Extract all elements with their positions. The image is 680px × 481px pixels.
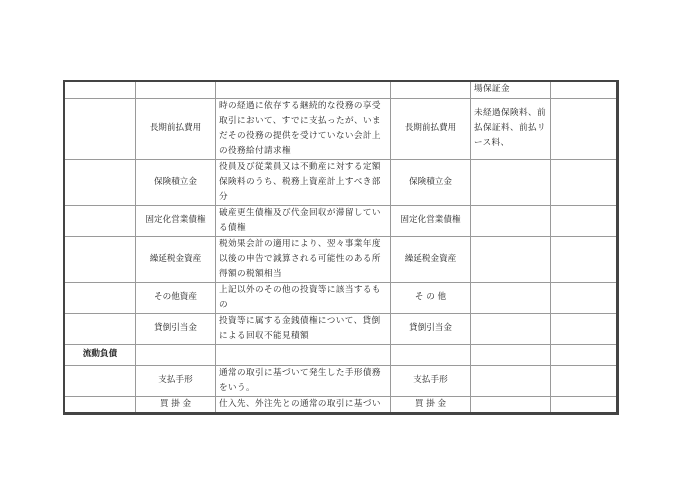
category-cell xyxy=(64,282,136,313)
category-cell xyxy=(64,98,136,159)
account-definitions-table: 場保証金 長期前払費用 時の経過に依存する継続的な役務の享受取引において、すでに… xyxy=(63,80,619,415)
table-row: 繰延税金資産 税効果会計の適用により、翌々事業年度以後の申告で減算される可能性の… xyxy=(64,236,618,282)
notes-cell xyxy=(551,396,618,413)
description-cell xyxy=(216,344,391,365)
examples-cell xyxy=(471,344,551,365)
item-cell xyxy=(136,344,216,365)
description-cell: 仕入先、外注先との通常の取引に基づい xyxy=(216,396,391,413)
description-cell: 時の経過に依存する継続的な役務の享受取引において、すでに支払ったが、いまだその役… xyxy=(216,98,391,159)
notes-cell xyxy=(551,98,618,159)
table-row: その他資産 上記以外のその他の投資等に該当するもの そ の 他 xyxy=(64,282,618,313)
item-cell: 固定化営業債権 xyxy=(136,205,216,236)
table-row: 保険積立金 役員及び従業員又は不動産に対する定額保険料のうち、税務上資産計上すべ… xyxy=(64,159,618,205)
description-cell xyxy=(216,81,391,98)
description-cell: 役員及び従業員又は不動産に対する定額保険料のうち、税務上資産計上すべき部分 xyxy=(216,159,391,205)
table-row: 貸倒引当金 投資等に属する金銭債権について、貸倒による回収不能見積額 貸倒引当金 xyxy=(64,313,618,344)
examples-cell xyxy=(471,236,551,282)
category-cell xyxy=(64,81,136,98)
category-cell xyxy=(64,205,136,236)
item-cell: その他資産 xyxy=(136,282,216,313)
examples-cell xyxy=(471,365,551,396)
item-cell: 繰延税金資産 xyxy=(136,236,216,282)
description-cell: 上記以外のその他の投資等に該当するもの xyxy=(216,282,391,313)
table-row: 買 掛 金 仕入先、外注先との通常の取引に基づい 買 掛 金 xyxy=(64,396,618,413)
tax-item-cell: 買 掛 金 xyxy=(391,396,471,413)
tax-item-cell: 支払手形 xyxy=(391,365,471,396)
examples-cell xyxy=(471,205,551,236)
table-row: 場保証金 xyxy=(64,81,618,98)
examples-cell xyxy=(471,159,551,205)
tax-item-cell: そ の 他 xyxy=(391,282,471,313)
tax-item-cell: 長期前払費用 xyxy=(391,98,471,159)
category-cell xyxy=(64,365,136,396)
examples-cell xyxy=(471,282,551,313)
table-row-section-header: 流動負債 xyxy=(64,344,618,365)
notes-cell xyxy=(551,313,618,344)
tax-item-cell xyxy=(391,344,471,365)
category-cell xyxy=(64,313,136,344)
table-row: 支払手形 通常の取引に基づいて発生した手形債務をいう。 支払手形 xyxy=(64,365,618,396)
item-cell: 支払手形 xyxy=(136,365,216,396)
category-cell xyxy=(64,236,136,282)
table-row: 固定化営業債権 破産更生債権及び代金回収が滞留している債権 固定化営業債権 xyxy=(64,205,618,236)
examples-cell xyxy=(471,396,551,413)
examples-cell: 場保証金 xyxy=(471,81,551,98)
notes-cell xyxy=(551,159,618,205)
examples-cell xyxy=(471,313,551,344)
item-cell: 保険積立金 xyxy=(136,159,216,205)
examples-cell: 未経過保険料、前払保証料、前払リース料、 xyxy=(471,98,551,159)
table-row: 長期前払費用 時の経過に依存する継続的な役務の享受取引において、すでに支払ったが… xyxy=(64,98,618,159)
item-cell: 長期前払費用 xyxy=(136,98,216,159)
tax-item-cell: 保険積立金 xyxy=(391,159,471,205)
notes-cell xyxy=(551,365,618,396)
document-page: 場保証金 長期前払費用 時の経過に依存する継続的な役務の享受取引において、すでに… xyxy=(0,0,680,481)
notes-cell xyxy=(551,205,618,236)
category-cell xyxy=(64,396,136,413)
tax-item-cell: 貸倒引当金 xyxy=(391,313,471,344)
tax-item-cell: 固定化営業債権 xyxy=(391,205,471,236)
description-cell: 通常の取引に基づいて発生した手形債務をいう。 xyxy=(216,365,391,396)
tax-item-cell: 繰延税金資産 xyxy=(391,236,471,282)
item-cell: 買 掛 金 xyxy=(136,396,216,413)
description-cell: 税効果会計の適用により、翌々事業年度以後の申告で減算される可能性のある所得額の税… xyxy=(216,236,391,282)
category-cell xyxy=(64,159,136,205)
item-cell: 貸倒引当金 xyxy=(136,313,216,344)
notes-cell xyxy=(551,81,618,98)
tax-item-cell xyxy=(391,81,471,98)
notes-cell xyxy=(551,282,618,313)
section-heading: 流動負債 xyxy=(64,344,136,365)
item-cell xyxy=(136,81,216,98)
notes-cell xyxy=(551,344,618,365)
description-cell: 破産更生債権及び代金回収が滞留している債権 xyxy=(216,205,391,236)
notes-cell xyxy=(551,236,618,282)
description-cell: 投資等に属する金銭債権について、貸倒による回収不能見積額 xyxy=(216,313,391,344)
